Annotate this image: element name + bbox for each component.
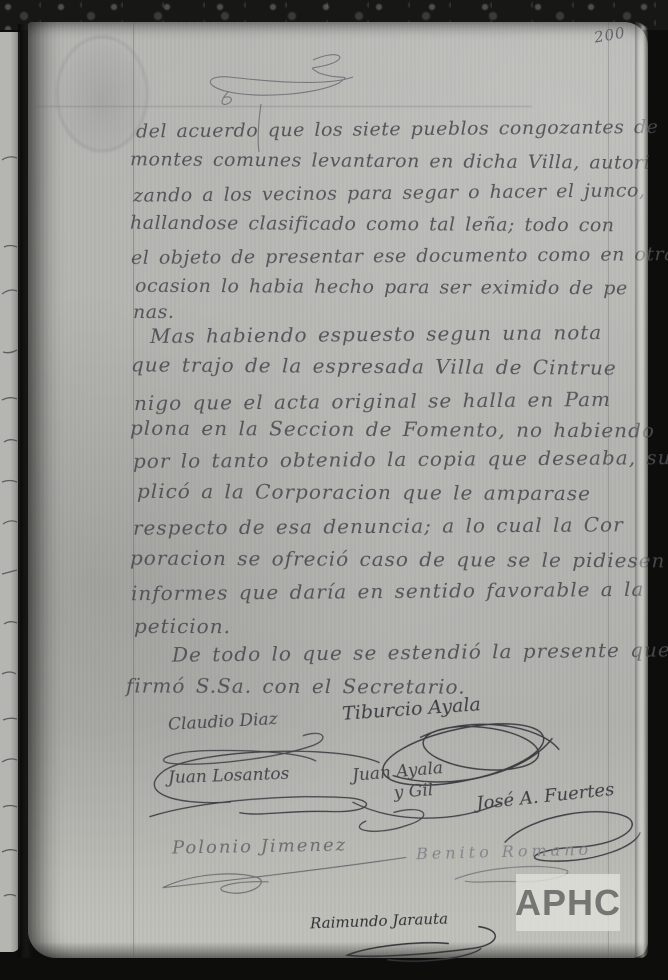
manuscript-line: De todo lo que se estendió la presente q… — [172, 637, 668, 666]
manuscript-line: informes que daría en sentido favorable … — [131, 577, 645, 605]
previous-page-text-fragments — [0, 32, 20, 952]
ink-flourish — [193, 46, 368, 160]
signature-rubric — [148, 849, 419, 904]
manuscript-line: respecto de esa denuncia; a lo cual la C… — [133, 512, 624, 539]
manuscript-line: que trajo de la espresada Villa de Cintr… — [131, 352, 617, 379]
manuscript-line: Mas habiendo espuesto segun una nota — [150, 320, 602, 348]
signature-claudio-diaz: Claudio Diaz — [168, 709, 279, 735]
manuscript-line: plicó a la Corporacion que le amparase — [137, 479, 591, 505]
signature-juan-losantos: Juan Losantos — [168, 764, 290, 788]
manuscript-line: nigo que el acta original se halla en Pa… — [134, 387, 611, 415]
manuscript-line: zando a los vecinos para segar o hacer e… — [133, 179, 646, 206]
manuscript-line: ocasion lo habia hecho para ser eximido … — [135, 275, 628, 300]
manuscript-line: plona en la Seccion de Fomento, no habie… — [130, 416, 655, 443]
signature-polonio-jimenez: Polonio Jimenez — [172, 834, 347, 858]
archival-scan: 200 del acuerdo que los siete pueblos co… — [0, 0, 668, 980]
page-number: 200 — [593, 23, 627, 46]
manuscript-line: peticion. — [134, 614, 231, 638]
manuscript-line: nas. — [133, 301, 174, 323]
signature-name: Juan Losantos — [168, 764, 290, 788]
manuscript-line: del acuerdo que los siete pueblos congoz… — [136, 116, 668, 143]
previous-page-edge — [0, 32, 20, 952]
document-page: 200 del acuerdo que los siete pueblos co… — [28, 22, 648, 958]
signature-secretary: Raimundo Jarauta — [310, 910, 449, 933]
aphc-watermark: APHC — [516, 874, 620, 931]
manuscript-line: por lo tanto obtenido la copia que desea… — [133, 445, 668, 473]
signature-benito-romano: Benito Romano — [416, 840, 593, 864]
manuscript-line: poracion se ofreció caso de que se le pi… — [130, 546, 666, 573]
manuscript-line: hallandose clasificado como tal leña; to… — [130, 212, 615, 237]
signature-rubric — [328, 919, 509, 965]
manuscript-line: firmó S.Sa. con el Secretario. — [126, 673, 466, 698]
manuscript-line: el objeto de presentar ese documento com… — [131, 243, 668, 269]
oval-ink-stamp — [56, 36, 148, 152]
manuscript-line: montes comunes levantaron en dicha Villa… — [130, 148, 650, 174]
